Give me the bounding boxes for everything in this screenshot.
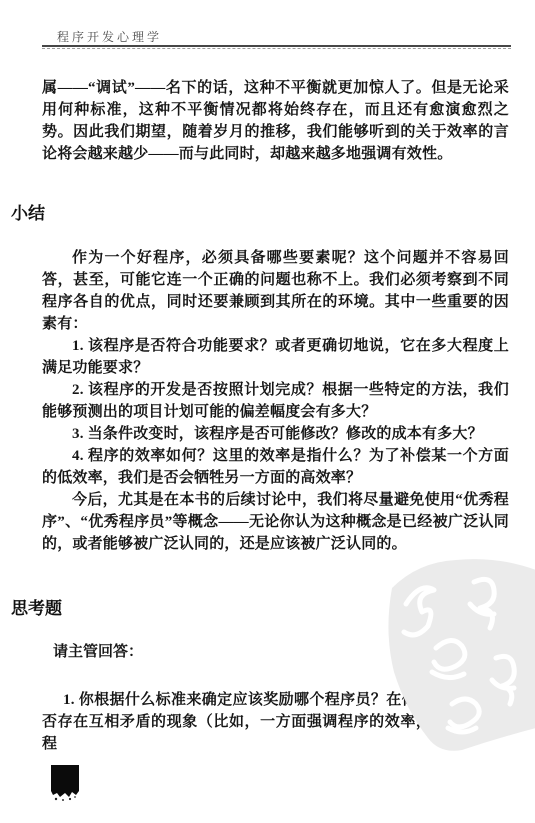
ink-blot (48, 763, 82, 803)
intro-paragraph: 属——“调试”——名下的话，这种不平衡就更加惊人了。但是无论采用何种标准，这种不… (42, 77, 509, 165)
header-rule (42, 45, 511, 53)
question-1-paragraph: 1. 你根据什么标准来确定应该奖励哪个程序员？在你的标准中，是否存在互相矛盾的现… (42, 689, 509, 755)
intro-block: 属——“调试”——名下的话，这种不平衡就更加惊人了。但是无论采用何种标准，这种不… (42, 77, 509, 165)
section-heading-questions: 思考题 (11, 594, 62, 619)
book-page: 程序开发心理学 属——“调试”——名下的话，这种不平衡就更加惊人了。但是无论采用… (0, 0, 535, 823)
summary-item-1: 1. 该程序是否符合功能要求？或者更确切地说，它在多大程度上满足功能要求？ (42, 335, 509, 379)
questions-prompt: 请主管回答： (53, 640, 143, 661)
question-block: 1. 你根据什么标准来确定应该奖励哪个程序员？在你的标准中，是否存在互相矛盾的现… (42, 689, 509, 755)
summary-item-3: 3. 当条件改变时，该程序是否可能修改？修改的成本有多大？ (42, 423, 509, 445)
summary-block: 作为一个好程序，必须具备哪些要素呢？这个问题并不容易回答，甚至，可能它连一个正确… (42, 247, 509, 555)
summary-closing-paragraph: 今后，尤其是在本书的后续讨论中，我们将尽量避免使用“优秀程序”、“优秀程序员”等… (42, 489, 509, 555)
summary-item-2: 2. 该程序的开发是否按照计划完成？根据一些特定的方法，我们能够预测出的项目计划… (42, 379, 509, 423)
summary-intro-paragraph: 作为一个好程序，必须具备哪些要素呢？这个问题并不容易回答，甚至，可能它连一个正确… (42, 247, 509, 335)
summary-item-4: 4. 程序的效率如何？这里的效率是指什么？为了补偿某一个方面的低效率，我们是否会… (42, 445, 509, 489)
running-header: 程序开发心理学 (57, 28, 162, 45)
section-heading-summary: 小结 (11, 199, 45, 224)
